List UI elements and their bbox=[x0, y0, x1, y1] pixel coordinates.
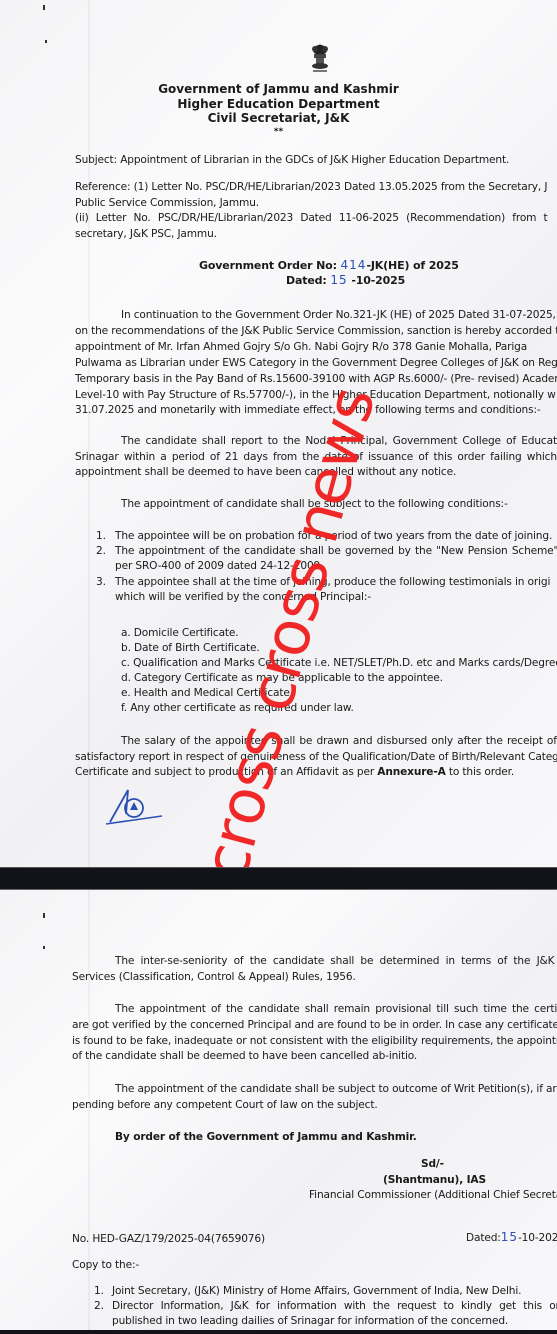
by-order-line: By order of the Government of Jammu and … bbox=[115, 1131, 417, 1144]
condition-number: 2. bbox=[96, 545, 106, 558]
reference-line: (ii) Letter No. PSC/DR/HE/Librarian/2023… bbox=[75, 212, 548, 225]
testimonial-item: c. Qualification and Marks Certificate i… bbox=[121, 657, 557, 670]
govt-name: Government of Jammu and Kashmir bbox=[0, 82, 557, 96]
office-name: Civil Secretariat, J&K bbox=[0, 111, 557, 125]
signed-mark: Sd/- bbox=[421, 1158, 444, 1171]
para2-line: appointment shall be deemed to have been… bbox=[75, 466, 456, 479]
scan-mark bbox=[43, 946, 45, 949]
page-divider bbox=[0, 867, 557, 890]
provisional-line: are got verified by the concerned Princi… bbox=[72, 1019, 557, 1032]
salary-text: to this order. bbox=[446, 766, 514, 778]
reference-line: Public Service Commission, Jammu. bbox=[75, 197, 259, 210]
provisional-line: is found to be fake, inadequate or not c… bbox=[72, 1035, 557, 1048]
reference-date-suffix: -10-202 bbox=[518, 1232, 557, 1244]
copy-item-text: Director Information, J&K for informatio… bbox=[112, 1300, 557, 1313]
order-date-handwritten: 15 bbox=[330, 273, 347, 287]
reference-date-handwritten: 15 bbox=[501, 1230, 518, 1244]
order-date: Dated: 15 -10-2025 bbox=[286, 274, 405, 287]
condition-number: 1. bbox=[96, 530, 106, 543]
document-page-1: Government of Jammu and Kashmir Higher E… bbox=[0, 0, 557, 867]
national-emblem-icon bbox=[309, 44, 331, 76]
seniority-line: The inter-se-seniority of the candidate … bbox=[115, 955, 557, 968]
order-number-handwritten: 414 bbox=[341, 258, 367, 272]
copy-item-number: 1. bbox=[94, 1285, 104, 1298]
document-page-2: The inter-se-seniority of the candidate … bbox=[0, 890, 557, 1334]
reference-date: Dated:15-10-202 bbox=[466, 1231, 557, 1245]
para1-line: Pulwama as Librarian under EWS Category … bbox=[75, 357, 557, 370]
provisional-line: of the candidate shall be deemed to have… bbox=[72, 1050, 417, 1063]
order-number-label: Government Order No: bbox=[199, 259, 337, 272]
para1-line: 31.07.2025 and monetarily with immediate… bbox=[75, 404, 541, 417]
annexure-reference: Annexure-A bbox=[377, 766, 445, 778]
order-number: Government Order No: 414-JK(HE) of 2025 bbox=[199, 259, 459, 272]
header-separator: ** bbox=[0, 125, 557, 139]
para1-line: Temporary basis in the Pay Band of Rs.15… bbox=[75, 373, 557, 386]
testimonial-item: a. Domicile Certificate. bbox=[121, 627, 239, 640]
reference-line: Reference: (1) Letter No. PSC/DR/HE/Libr… bbox=[75, 181, 547, 194]
scan-mark bbox=[43, 5, 45, 10]
para1-line: appointment of Mr. Irfan Ahmed Gojry S/o… bbox=[75, 341, 527, 354]
order-date-suffix: -10-2025 bbox=[351, 274, 405, 287]
subject-line: Subject: Appointment of Librarian in the… bbox=[75, 154, 509, 167]
copy-item-number: 2. bbox=[94, 1300, 104, 1313]
bottom-edge bbox=[0, 1330, 557, 1334]
para1-line: on the recommendations of the J&K Public… bbox=[75, 325, 557, 338]
reference-number: No. HED-GAZ/179/2025-04(7659076) bbox=[72, 1233, 265, 1246]
signature-initials bbox=[104, 784, 166, 826]
order-number-suffix: -JK(HE) of 2025 bbox=[366, 259, 458, 272]
signatory-name: (Shantmanu), IAS bbox=[383, 1174, 486, 1187]
order-date-label: Dated: bbox=[286, 274, 327, 287]
writ-line: The appointment of the candidate shall b… bbox=[115, 1083, 557, 1096]
seniority-line: Services (Classification, Control & Appe… bbox=[72, 971, 356, 984]
copy-item-text: Joint Secretary, (J&K) Ministry of Home … bbox=[112, 1285, 521, 1298]
para1-line: In continuation to the Government Order … bbox=[121, 309, 557, 322]
reference-date-label: Dated: bbox=[466, 1232, 501, 1244]
salary-line: satisfactory report in respect of genuin… bbox=[75, 751, 557, 764]
salary-line: The salary of the appointee shall be dra… bbox=[121, 735, 557, 748]
copy-item-text: published in two leading dailies of Srin… bbox=[112, 1315, 508, 1328]
department-name: Higher Education Department bbox=[0, 97, 557, 111]
writ-line: pending before any competent Court of la… bbox=[72, 1099, 378, 1112]
scan-mark bbox=[45, 40, 47, 43]
reference-line: secretary, J&K PSC, Jammu. bbox=[75, 228, 217, 241]
condition-number: 3. bbox=[96, 576, 106, 589]
scan-mark bbox=[43, 913, 45, 918]
provisional-line: The appointment of the candidate shall r… bbox=[115, 1003, 557, 1016]
signatory-title: Financial Commissioner (Additional Chief… bbox=[309, 1189, 557, 1202]
copy-to-label: Copy to the:- bbox=[72, 1259, 139, 1272]
